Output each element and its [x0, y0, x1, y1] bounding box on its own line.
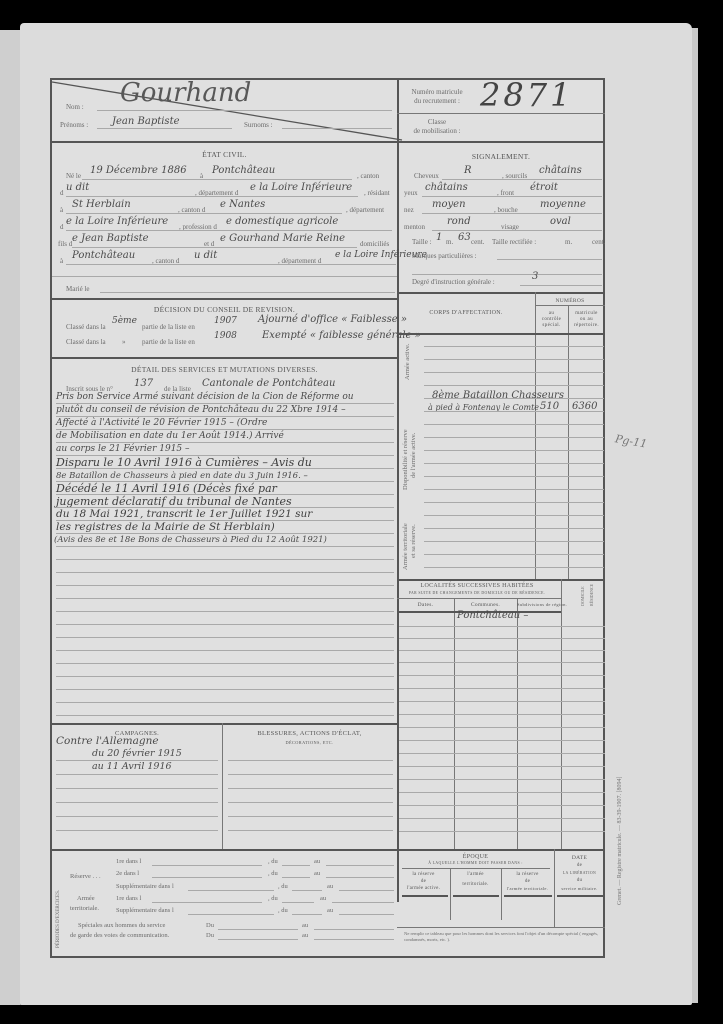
services-title: DÉTAIL DES SERVICES ET MUTATIONS DIVERSE… [52, 365, 397, 374]
territoriale-label-1: Armée [77, 895, 95, 902]
liste-value: Cantonale de Pontchâteau [202, 378, 335, 389]
yeux-label: yeux [404, 189, 418, 197]
corps-title: CORPS D'AFFECTATION. [397, 310, 535, 316]
bouche-value: moyenne [540, 199, 586, 210]
taille-rect-cm-unit: cent. [592, 238, 605, 246]
profession: e domestique agricole [226, 216, 338, 227]
canton-label: , canton [357, 172, 379, 180]
decision-2: Exempté « faiblesse générale » [262, 330, 421, 341]
classe-ligne1-annee: 1907 [214, 316, 237, 326]
localite-commune: Pontchâteau – [457, 610, 528, 621]
campagne-line1: Contre l'Allemagne [56, 735, 159, 747]
classe-ligne1-partie: 5ème [112, 316, 137, 326]
residant-dept-prefix: d [60, 223, 64, 231]
instruction-value: 3 [532, 271, 538, 282]
localites-subtitle: PAR SUITE DE CHANGEMENTS DE DOMICILE OU … [397, 591, 557, 595]
cheveux-label: Cheveux [414, 172, 439, 180]
taille-rect-m-unit: m. [565, 238, 572, 246]
epoque-subtitle: À LAQUELLE L'HOMME DOIT PASSER DANS : [397, 861, 554, 865]
section-armee-active: Armée active. [404, 344, 411, 380]
du-label: , du [268, 858, 278, 865]
col-communes: Communes. [454, 602, 517, 608]
domicilies-label: domiciliés [360, 240, 389, 248]
epoque-col1-l1: la réserve [397, 872, 450, 877]
au-label: au [320, 895, 326, 902]
campagne-line2: du 20 février 1915 [92, 748, 182, 759]
classe-ligne1-label: Classé dans la [66, 323, 106, 331]
epoque-col3-l2: de [501, 879, 554, 884]
au-label: au [302, 922, 308, 929]
menton-value: rond [447, 216, 471, 227]
col-controle-1: au [535, 311, 568, 316]
surnoms-label: Surnoms : [244, 121, 273, 129]
au-label: au [327, 907, 333, 914]
reserve-supp-label: Supplémentaire dans l [116, 883, 174, 890]
epoque-col2-l1: l'armée [450, 872, 501, 877]
partie-liste-label-1: partie de la liste en [142, 323, 195, 331]
birth-canton: u dit [66, 182, 89, 193]
etat-civil-title: ÉTAT CIVIL. [52, 150, 397, 159]
corps-entry-line1: 8ème Bataillon Chasseurs [432, 390, 564, 401]
epoque-col3-l3: l'armée territoriale. [501, 886, 554, 891]
campagne-line3: au 11 Avril 1916 [92, 761, 172, 772]
epoque-note: Ne remplir ce tableau que pour les homme… [404, 931, 600, 943]
periodes-side-label: PÉRIODES D'EXERCICES. [56, 890, 61, 948]
du-label: , du [268, 870, 278, 877]
taille-m-unit: m. [446, 238, 453, 246]
residant-dept-label: , département [346, 206, 384, 214]
taille-m-value: 1 [436, 232, 442, 243]
date-liberation-l4: du [554, 878, 605, 883]
reserve-2e-label: 2e dans l [116, 870, 139, 877]
residant-label: , résidant [364, 189, 390, 197]
col-controle-2: contrôle [535, 317, 568, 322]
residant-a: à [60, 206, 63, 214]
au-label: au [314, 858, 320, 865]
service-line: de Mobilisation en date du 1er Août 1914… [56, 431, 284, 441]
canton-prefix: d [60, 189, 64, 197]
classe-ligne2-annee: 1908 [214, 331, 237, 341]
localites-title: LOCALITÉS SUCCESSIVES HABITÉES [397, 583, 557, 589]
father-name: e Jean Baptiste [72, 233, 149, 244]
section-disponibilite-1: Disponibilité et réserve [402, 429, 409, 490]
signalement-title: SIGNALEMENT. [397, 152, 605, 161]
service-line: les registres de la Mairie de St Herblai… [56, 521, 275, 533]
service-line: Pris bon Service Armé suivant décision d… [56, 392, 354, 402]
section-territoriale-1: Armée territoriale [402, 523, 409, 570]
section-disponibilite-2: de l'armée active. [410, 433, 417, 478]
col-domicile: DOMICILE [580, 586, 585, 606]
epoque-title: ÉPOQUE [397, 854, 554, 860]
date-liberation-l2: de [554, 863, 605, 868]
col-controle-3: spécial. [535, 323, 568, 328]
military-register-form: Gourhand Nom : Prénoms : Jean Baptiste S… [50, 78, 605, 958]
residence-canton: e Nantes [220, 199, 265, 210]
au-label: au [327, 883, 333, 890]
service-line: plutôt du conseil de révision de Pontchâ… [56, 405, 346, 415]
col-subdivisions: Subdivisions de région. [517, 602, 561, 607]
taille-rectifiee-label: Taille rectifiée : [492, 238, 536, 246]
classe-label-2: de mobilisation : [406, 127, 468, 135]
yeux-value: châtains [425, 182, 468, 193]
service-line: du 18 Mai 1921, transcrit le 1er Juillet… [56, 508, 312, 520]
matricule-label-2: du recrutement : [406, 97, 468, 105]
front-value: étroit [530, 182, 558, 193]
inscrit-numero: 137 [134, 378, 153, 389]
previous-page-edge [0, 30, 22, 1005]
classe-label-1: Classe [406, 118, 468, 126]
visage-value: oval [550, 216, 571, 227]
numeros-title: NUMÉROS [535, 298, 605, 304]
service-line: (Avis des 8e et 18e Bons de Chasseurs à … [54, 535, 327, 545]
instruction-label: Degré d'instruction générale : [412, 278, 495, 286]
reserve-1re-label: 1re dans l [116, 858, 141, 865]
prenoms-value: Jean Baptiste [112, 116, 180, 127]
speciales-label-1: Spéciales aux hommes du service [78, 922, 165, 929]
reserve-label: Réserve . . . [70, 873, 101, 880]
menton-label: menton [404, 223, 425, 231]
territoriale-supp-label: Supplémentaire dans l [116, 907, 174, 914]
col-dates: Dates. [397, 602, 454, 608]
matricule-number: 2871 [480, 76, 573, 114]
au-label: au [314, 870, 320, 877]
service-line: 8e Bataillon de Chasseurs à pied en date… [56, 471, 308, 481]
section-territoriale-2: et sa réserve. [410, 524, 417, 558]
cheveux-value: R [464, 165, 472, 176]
territoriale-label-2: territoriale. [70, 905, 99, 912]
blessures-title: BLESSURES, ACTIONS D'ÉCLAT, [222, 730, 397, 737]
taille-cm-value: 63 [458, 232, 471, 243]
parents-domicile: Pontchâteau [72, 250, 135, 261]
taille-label: Taille : [412, 238, 432, 246]
birth-date: 19 Décembre 1886 [90, 165, 187, 176]
date-liberation-l5: service militaire. [554, 886, 605, 891]
printer-imprint: Grenet. — Registre matricule. — 83-39-19… [617, 777, 623, 905]
du-label: , du [268, 895, 278, 902]
ne-le-label: Né le [66, 172, 81, 180]
marie-label: Marié le [66, 285, 90, 293]
territoriale-1re-label: 1re dans l [116, 895, 141, 902]
service-line: au corps le 21 Février 1915 – [56, 444, 190, 454]
taille-cm-unit: cent. [471, 238, 484, 246]
du-label: , du [278, 883, 288, 890]
epoque-col2-l2: territoriale. [450, 882, 501, 887]
birth-departement: e la Loire Inférieure [250, 182, 352, 193]
decision-1: Ajourné d'office « Faiblesse » [258, 314, 407, 325]
epoque-col3-l1: la réserve [501, 872, 554, 877]
epoque-col1-l3: l'armée active. [397, 886, 450, 891]
mother-name: e Gourhand Marie Reine [220, 233, 345, 244]
date-liberation-l3: LA LIBÉRATION [554, 871, 605, 875]
residence-departement: e la Loire Inférieure [66, 216, 168, 227]
au-label: au [302, 932, 308, 939]
service-line: Affecté à l'Activité le 20 Février 1915 … [56, 418, 267, 428]
fils-label: fils d [58, 240, 72, 248]
speciales-du-2: Du [206, 932, 214, 939]
nom-value: Gourhand [120, 78, 251, 108]
nez-label: nez [404, 206, 414, 214]
matricule-label-1: Numéro matricule [406, 88, 468, 96]
parents-canton: u dit [194, 250, 217, 261]
blessures-subtitle: DÉCORATIONS, ETC. [222, 740, 397, 745]
epoque-col1-l2: de [397, 879, 450, 884]
classe-ligne2-partie: » [122, 338, 126, 346]
nez-value: moyen [432, 199, 466, 210]
col-matricule-3: répertoire. [568, 323, 605, 328]
speciales-label-2: de garde des voies de communication. [70, 932, 169, 939]
residence: St Herblain [72, 199, 131, 210]
dom-a: à [60, 257, 63, 265]
birth-place: Pontchâteau [212, 165, 275, 176]
conseil-revision-title: DÉCISION DU CONSEIL DE REVISION. [52, 305, 397, 314]
classe-ligne2-label: Classé dans la [66, 338, 106, 346]
col-matricule-1: matricule [568, 311, 605, 316]
col-matricule-2: ou au [568, 317, 605, 322]
col-residence: RÉSIDENCE [589, 584, 594, 606]
partie-liste-label-2: partie de la liste en [142, 338, 195, 346]
marques-label: Marques particulières : [412, 252, 477, 260]
du-label: , du [278, 907, 288, 914]
prenoms-label: Prénoms : [60, 121, 88, 129]
sourcils-value: châtains [539, 165, 582, 176]
speciales-du-1: Du [206, 922, 214, 929]
date-liberation-l1: DATE [554, 855, 605, 861]
nom-label: Nom : [66, 103, 84, 111]
